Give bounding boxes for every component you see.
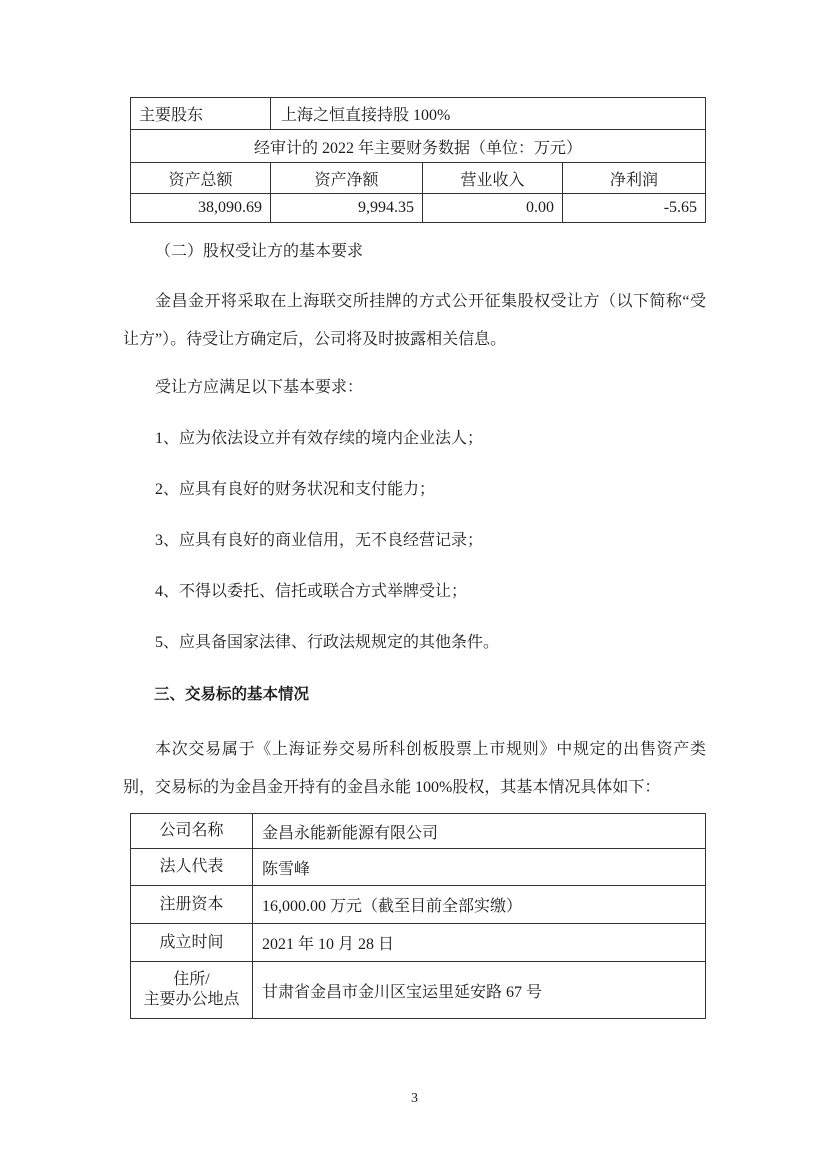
- table-row: 法人代表 陈雪峰: [131, 849, 706, 886]
- document-content: 主要股东 上海之恒直接持股 100% 经审计的 2022 年主要财务数据（单位：…: [0, 0, 827, 1109]
- column-header-net-assets: 资产净额: [271, 163, 423, 194]
- value-net-profit: -5.65: [563, 194, 706, 223]
- table-header-row: 资产总额 资产净额 营业收入 净利润: [131, 163, 706, 194]
- column-header-total-assets: 资产总额: [131, 163, 271, 194]
- column-header-revenue: 营业收入: [423, 163, 563, 194]
- legal-representative-label: 法人代表: [131, 849, 253, 886]
- table-value-row: 38,090.69 9,994.35 0.00 -5.65: [131, 194, 706, 223]
- document-page: 主要股东 上海之恒直接持股 100% 经审计的 2022 年主要财务数据（单位：…: [0, 0, 827, 1170]
- shareholder-value: 上海之恒直接持股 100%: [271, 98, 706, 130]
- financial-data-title: 经审计的 2022 年主要财务数据（单位：万元）: [131, 130, 706, 163]
- establishment-date-label: 成立时间: [131, 924, 253, 962]
- table-row: 主要股东 上海之恒直接持股 100%: [131, 98, 706, 130]
- financial-summary-table: 主要股东 上海之恒直接持股 100% 经审计的 2022 年主要财务数据（单位：…: [130, 97, 706, 223]
- page-number: 3: [123, 1089, 706, 1109]
- table-row: 住所/ 主要办公地点 甘肃省金昌市金川区宝运里延安路 67 号: [131, 962, 706, 1019]
- company-info-table: 公司名称 金昌永能新能源有限公司 法人代表 陈雪峰 注册资本 16,000.00…: [130, 813, 706, 1019]
- establishment-date-value: 2021 年 10 月 28 日: [253, 924, 706, 962]
- value-revenue: 0.00: [423, 194, 563, 223]
- registered-capital-label: 注册资本: [131, 886, 253, 924]
- shareholder-label: 主要股东: [131, 98, 271, 130]
- requirement-item-1: 1、应为依法设立并有效存续的境内企业法人；: [123, 429, 706, 449]
- table-row: 注册资本 16,000.00 万元（截至目前全部实缴）: [131, 886, 706, 924]
- column-header-net-profit: 净利润: [563, 163, 706, 194]
- section2-paragraph: 金昌金开将采取在上海联交所挂牌的方式公开征集股权受让方（以下简称“受让方”）。待…: [123, 283, 706, 359]
- requirement-item-4: 4、不得以委托、信托或联合方式举牌受让；: [123, 582, 706, 602]
- requirements-intro: 受让方应满足以下基本要求：: [123, 378, 706, 398]
- value-total-assets: 38,090.69: [131, 194, 271, 223]
- table-row: 经审计的 2022 年主要财务数据（单位：万元）: [131, 130, 706, 163]
- address-label: 住所/ 主要办公地点: [131, 962, 253, 1019]
- table-row: 成立时间 2021 年 10 月 28 日: [131, 924, 706, 962]
- requirement-item-5: 5、应具备国家法律、行政法规规定的其他条件。: [123, 633, 706, 653]
- section3-paragraph: 本次交易属于《上海证券交易所科创板股票上市规则》中规定的出售资产类别，交易标的为…: [123, 731, 706, 807]
- registered-capital-value: 16,000.00 万元（截至目前全部实缴）: [253, 886, 706, 924]
- section2-heading: （二）股权受让方的基本要求: [123, 242, 706, 262]
- table-row: 公司名称 金昌永能新能源有限公司: [131, 814, 706, 849]
- company-name-label: 公司名称: [131, 814, 253, 849]
- company-name-value: 金昌永能新能源有限公司: [253, 814, 706, 849]
- address-value: 甘肃省金昌市金川区宝运里延安路 67 号: [253, 962, 706, 1019]
- requirement-item-2: 2、应具有良好的财务状况和支付能力；: [123, 480, 706, 500]
- requirement-item-3: 3、应具有良好的商业信用，无不良经营记录；: [123, 531, 706, 551]
- section3-heading: 三、交易标的基本情况: [123, 685, 706, 705]
- company-table-wrapper: 公司名称 金昌永能新能源有限公司 法人代表 陈雪峰 注册资本 16,000.00…: [123, 813, 706, 1019]
- value-net-assets: 9,994.35: [271, 194, 423, 223]
- legal-representative-value: 陈雪峰: [253, 849, 706, 886]
